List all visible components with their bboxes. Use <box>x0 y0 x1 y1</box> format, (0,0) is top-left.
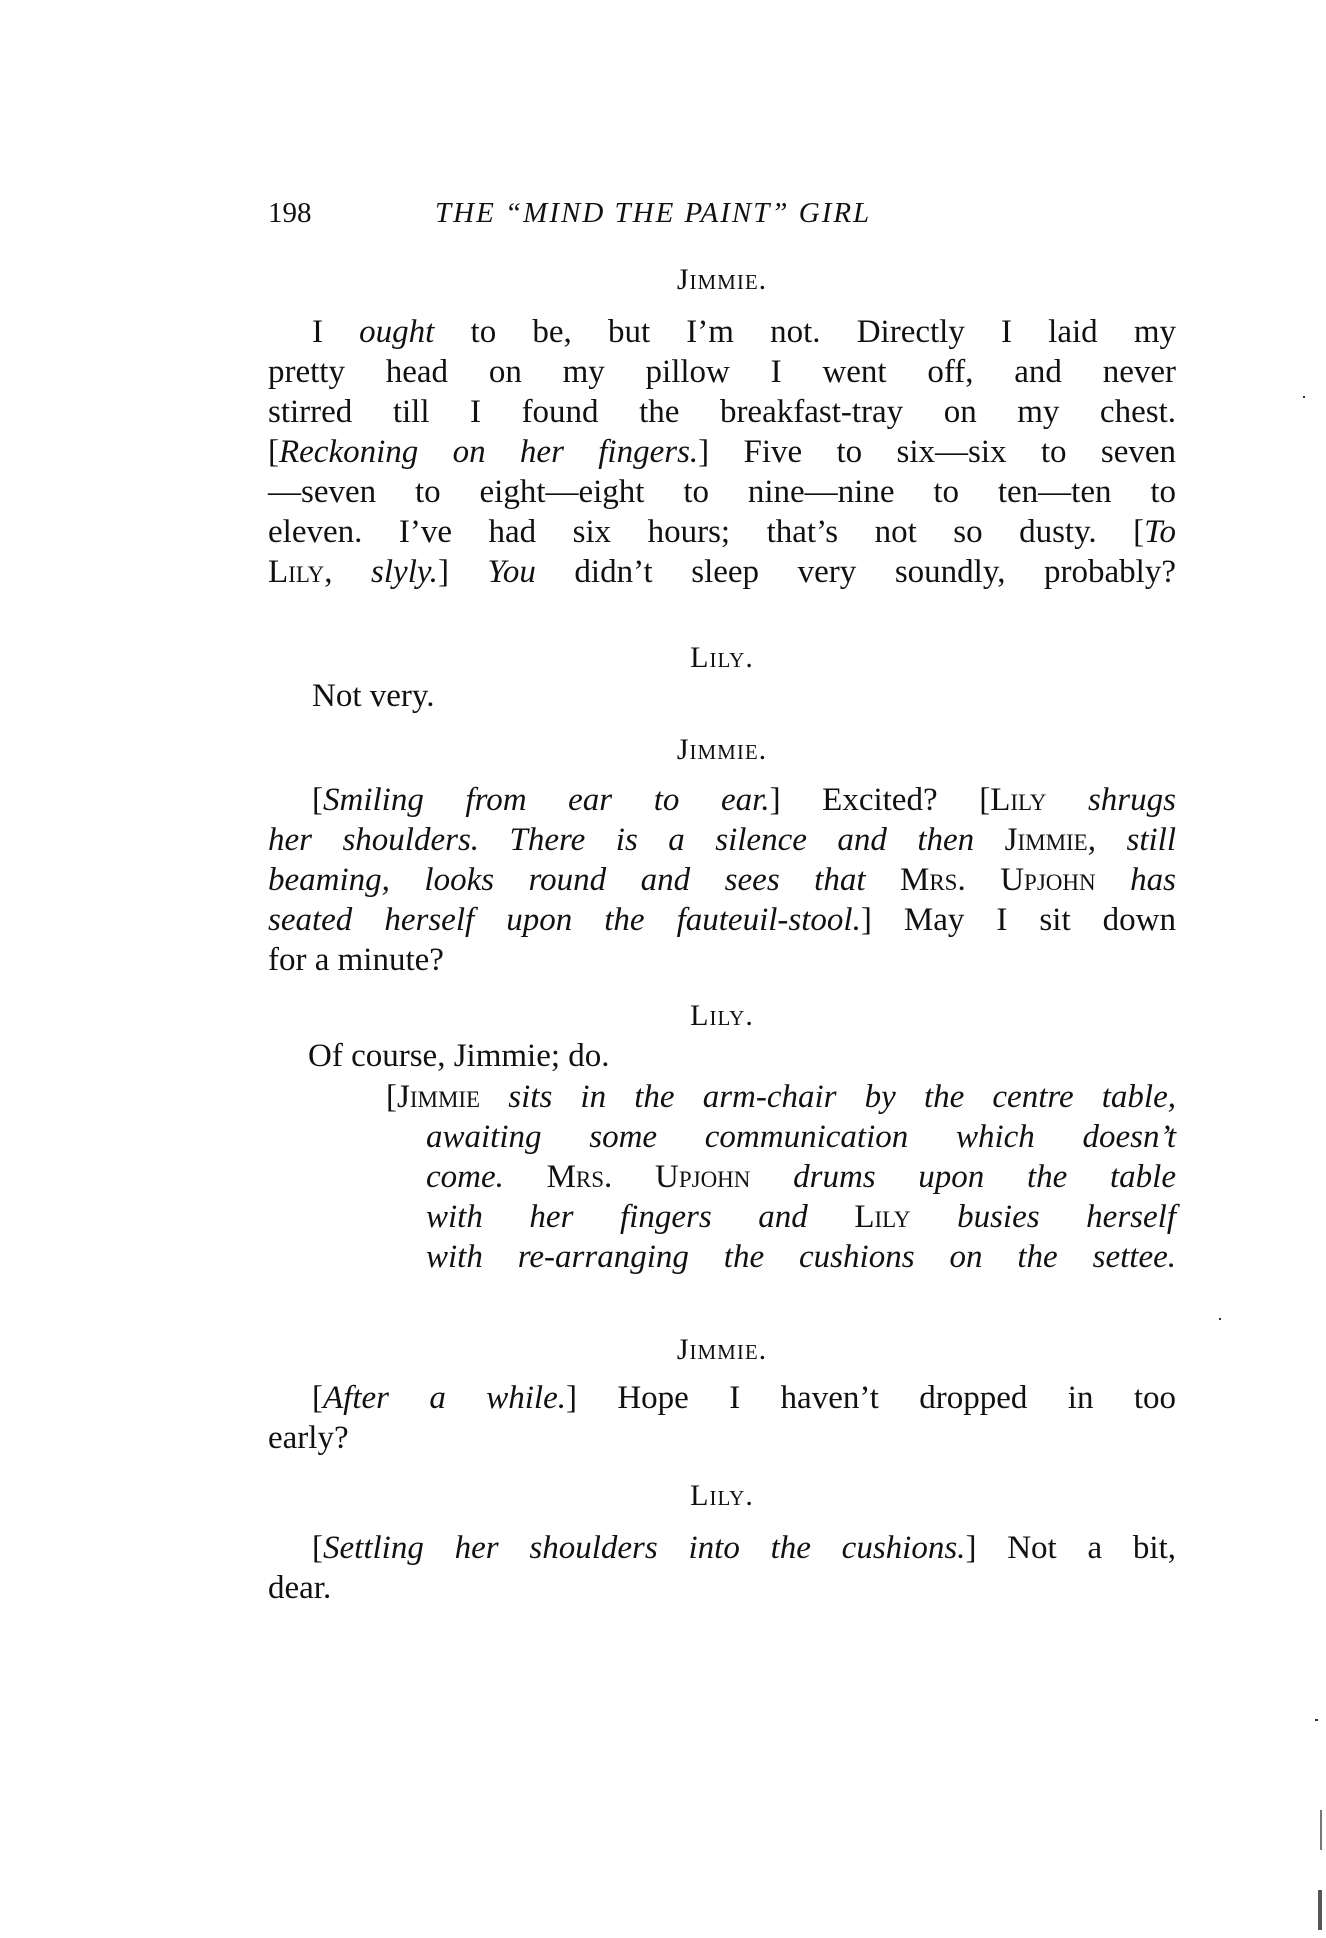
text-line: stirred till I found the breakfast-tray … <box>268 392 1176 432</box>
text-line: [After a while.] Hope I haven’t dropped … <box>268 1378 1176 1418</box>
text-line: Lily, slyly.] You didn’t sleep very soun… <box>268 552 1176 592</box>
text-line: Of course, Jimmie; do. <box>268 1036 1176 1076</box>
text-line: awaiting some communication which doesn’… <box>268 1117 1176 1157</box>
scan-speck <box>1315 1719 1318 1721</box>
dialogue-paragraph: [Settling her shoulders into the cushion… <box>268 1528 1176 1608</box>
speaker-heading: Lily. <box>268 638 1176 678</box>
text-line: for a minute? <box>268 940 1176 980</box>
text-line: [Jimmie sits in the arm-chair by the cen… <box>268 1077 1176 1117</box>
text-line: eleven. I’ve had six hours; that’s not s… <box>268 512 1176 552</box>
dialogue-paragraph: Of course, Jimmie; do. <box>268 1036 1176 1076</box>
scan-speck <box>1219 1318 1221 1320</box>
text-line: early? <box>268 1418 1176 1458</box>
text-line: with her fingers and Lily busies herself <box>268 1197 1176 1237</box>
dialogue-paragraph: [Smiling from ear to ear.] Excited? [Lil… <box>268 780 1176 980</box>
text-line: come. Mrs. Upjohn drums upon the table <box>268 1157 1176 1197</box>
dialogue-paragraph: [After a while.] Hope I haven’t dropped … <box>268 1378 1176 1458</box>
dialogue-paragraph: Not very. <box>268 676 1176 716</box>
stage-direction: [Jimmie sits in the arm-chair by the cen… <box>268 1077 1176 1277</box>
text-line: [Reckoning on her fingers.] Five to six—… <box>268 432 1176 472</box>
book-page: 198 THE “MIND THE PAINT” GIRL Jimmie. I … <box>0 0 1326 1938</box>
text-line: [Smiling from ear to ear.] Excited? [Lil… <box>268 780 1176 820</box>
text-line: beaming, looks round and sees that Mrs. … <box>268 860 1176 900</box>
speaker-heading: Lily. <box>268 1476 1176 1516</box>
text-line: I ought to be, but I’m not. Directly I l… <box>268 312 1176 352</box>
text-line: her shoulders. There is a silence and th… <box>268 820 1176 860</box>
text-line: seated herself upon the fauteuil-stool.]… <box>268 900 1176 940</box>
text-line: Not very. <box>268 676 1176 716</box>
speaker-heading: Jimmie. <box>268 730 1176 770</box>
scan-speck <box>1320 1810 1322 1850</box>
page-number: 198 <box>268 193 312 233</box>
running-title: THE “MIND THE PAINT” GIRL <box>435 193 871 233</box>
text-line: dear. <box>268 1568 1176 1608</box>
scan-speck <box>1303 396 1305 398</box>
speaker-heading: Jimmie. <box>268 260 1176 300</box>
text-line: [Settling her shoulders into the cushion… <box>268 1528 1176 1568</box>
speaker-heading: Jimmie. <box>268 1330 1176 1370</box>
speaker-heading: Lily. <box>268 996 1176 1036</box>
scan-speck <box>1318 1890 1322 1930</box>
text-line: with re-arranging the cushions on the se… <box>268 1237 1176 1277</box>
text-line: —seven to eight—eight to nine—nine to te… <box>268 472 1176 512</box>
running-head: 198 THE “MIND THE PAINT” GIRL <box>268 193 1028 233</box>
dialogue-paragraph: I ought to be, but I’m not. Directly I l… <box>268 312 1176 592</box>
text-line: pretty head on my pillow I went off, and… <box>268 352 1176 392</box>
